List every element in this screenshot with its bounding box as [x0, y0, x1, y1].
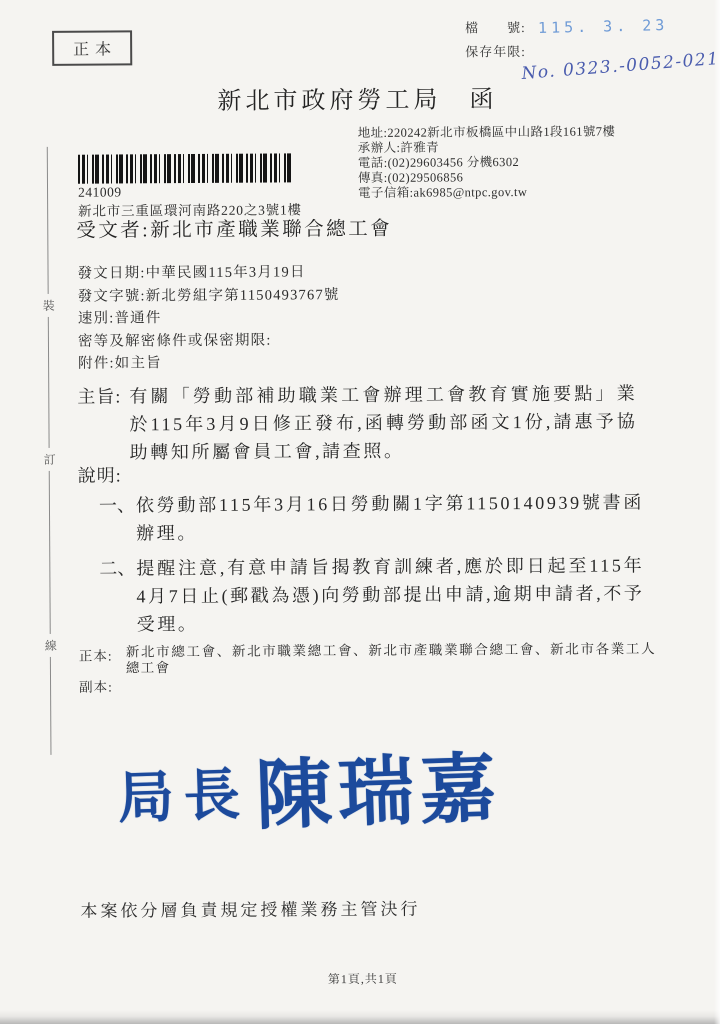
- issue-date: 發文日期:中華民國115年3月19日: [77, 261, 339, 285]
- sender-email: 電子信箱:ak6985@ntpc.gov.tw: [358, 184, 616, 200]
- attachment-note: 附件:如主旨: [78, 351, 340, 375]
- barcode: [78, 153, 292, 183]
- scanned-official-letter: 正本 檔 號: 115. 3. 23 保存年限: No. 0323.-0052-…: [0, 0, 720, 1024]
- sender-contact-block: 地址:220242新北市板橋區中山路1段161號7樓 承辦人:許雅青 電話:(0…: [358, 124, 616, 200]
- sender-fax: 傳真:(02)29506856: [358, 169, 616, 185]
- security-class: 密等及解密條件或保密期限:: [78, 329, 340, 353]
- copy-type-stamp: 正本: [52, 30, 132, 65]
- scan-right-edge-highlight: [714, 0, 720, 1024]
- explanation-item-1: 一、 依勞動部115年3月16日勞動關1字第1150140939號書函辦理。: [99, 488, 644, 548]
- director-signature-stamp: 局長 陳瑞嘉: [116, 727, 503, 848]
- subject-section: 主旨: 有關「勞動部補助職業工會辦理工會教育實施要點」業於115年3月9日修正發…: [77, 379, 638, 467]
- copy-type-label: 正本: [73, 36, 117, 59]
- signature-name: 陳瑞嘉: [254, 727, 503, 844]
- signature-title: 局長: [116, 750, 251, 834]
- distribution-original: 正本: 新北市總工會、新北市職業總工會、新北市產職業聯合總工會、新北市各業工人總…: [79, 641, 656, 677]
- binding-mark-zhuang: 裝: [40, 294, 58, 317]
- explanation-item-2: 二、 提醒注意,有意申請旨揭教育訓練者,應於即日起至115年4月7日止(郵戳為憑…: [99, 551, 645, 639]
- barcode-number: 241009: [78, 184, 122, 200]
- item-1-text: 依勞動部115年3月16日勞動關1字第1150140939號書函辦理。: [136, 488, 644, 548]
- speed-class: 速別:普通件: [78, 306, 340, 330]
- issue-number: 發文字號:新北勞組字第1150493767號: [78, 284, 340, 308]
- document-meta-block: 發文日期:中華民國115年3月19日 發文字號:新北勞組字第1150493767…: [77, 261, 340, 376]
- sender-handler: 承辦人:許雅青: [358, 139, 616, 155]
- document-title: 新北市政府勞工局 函: [0, 78, 718, 117]
- item-2-number: 二、: [99, 554, 136, 580]
- scan-content: 正本 檔 號: 115. 3. 23 保存年限: No. 0323.-0052-…: [0, 0, 720, 1024]
- item-2-text: 提醒注意,有意申請旨揭教育訓練者,應於即日起至115年4月7日止(郵戳為憑)向勞…: [136, 551, 645, 639]
- subject-label: 主旨:: [77, 382, 129, 408]
- subject-text: 有關「勞動部補助職業工會辦理工會教育實施要點」業於115年3月9日修正發布,函轉…: [129, 379, 638, 467]
- file-number-label: 檔 號:: [465, 17, 526, 36]
- distribution-original-label: 正本:: [79, 644, 126, 664]
- binding-mark-xian: 線: [42, 634, 60, 657]
- binding-mark-ding: 訂: [41, 448, 59, 471]
- explanation-label: 說明:: [78, 461, 122, 487]
- recipient-line: 受文者:新北市產職業聯合總工會: [76, 213, 392, 243]
- delegation-note: 本案依分層負責規定授權業務主管決行: [80, 895, 420, 922]
- item-1-number: 一、: [99, 491, 136, 517]
- file-number-date-stamp: 115. 3. 23: [537, 16, 668, 37]
- page-number-footer: 第1頁,共1頁: [3, 968, 720, 989]
- scan-bottom-edge-shadow: [0, 1010, 720, 1024]
- sender-address: 地址:220242新北市板橋區中山路1段161號7樓: [358, 124, 616, 140]
- distribution-copy-label: 副本:: [79, 676, 113, 696]
- sender-phone: 電話:(02)29603456 分機6302: [358, 154, 616, 170]
- distribution-original-text: 新北市總工會、新北市職業總工會、新北市產職業聯合總工會、新北市各業工人總工會: [126, 641, 656, 676]
